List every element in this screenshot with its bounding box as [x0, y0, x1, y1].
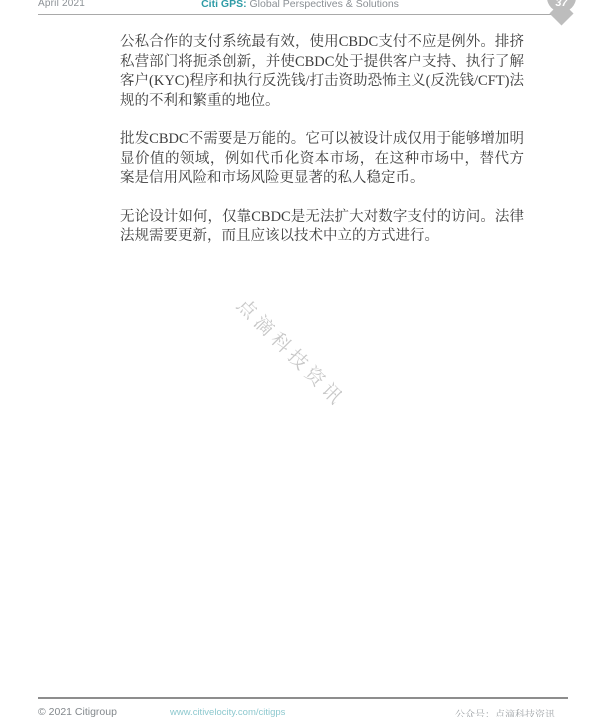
watermark: 点滴科技资讯 — [232, 292, 353, 413]
brand-tagline: Global Perspectives & Solutions — [247, 0, 399, 10]
paragraph-2: 批发CBDC不需要是万能的。它可以被设计成仅用于能够增加明显价值的领域，例如代币… — [120, 130, 524, 189]
footer-copyright: © 2021 Citigroup — [38, 706, 117, 717]
paragraph-3: 无论设计如何，仅靠CBDC是无法扩大对数字支付的访问。法律法规需要更新，而且应该… — [120, 208, 524, 247]
brand-name: Citi GPS: — [201, 0, 247, 10]
header-title: Citi GPS: Global Perspectives & Solution… — [0, 0, 600, 10]
document-page: April 2021 Citi GPS: Global Perspectives… — [0, 0, 600, 717]
footer-divider — [38, 697, 568, 699]
footer-note: 公众号：点滴科技资讯 — [455, 706, 555, 717]
page-number-pin-icon: 37 — [542, 0, 582, 34]
paragraph-1: 公私合作的支付系统最有效，使用CBDC支付不应是例外。排挤私营部门将扼杀创新，并… — [120, 33, 524, 111]
footer-link: www.citivelocity.com/citigps — [170, 707, 285, 717]
body-text: 公私合作的支付系统最有效，使用CBDC支付不应是例外。排挤私营部门将扼杀创新，并… — [120, 33, 524, 266]
header-divider — [38, 14, 568, 15]
